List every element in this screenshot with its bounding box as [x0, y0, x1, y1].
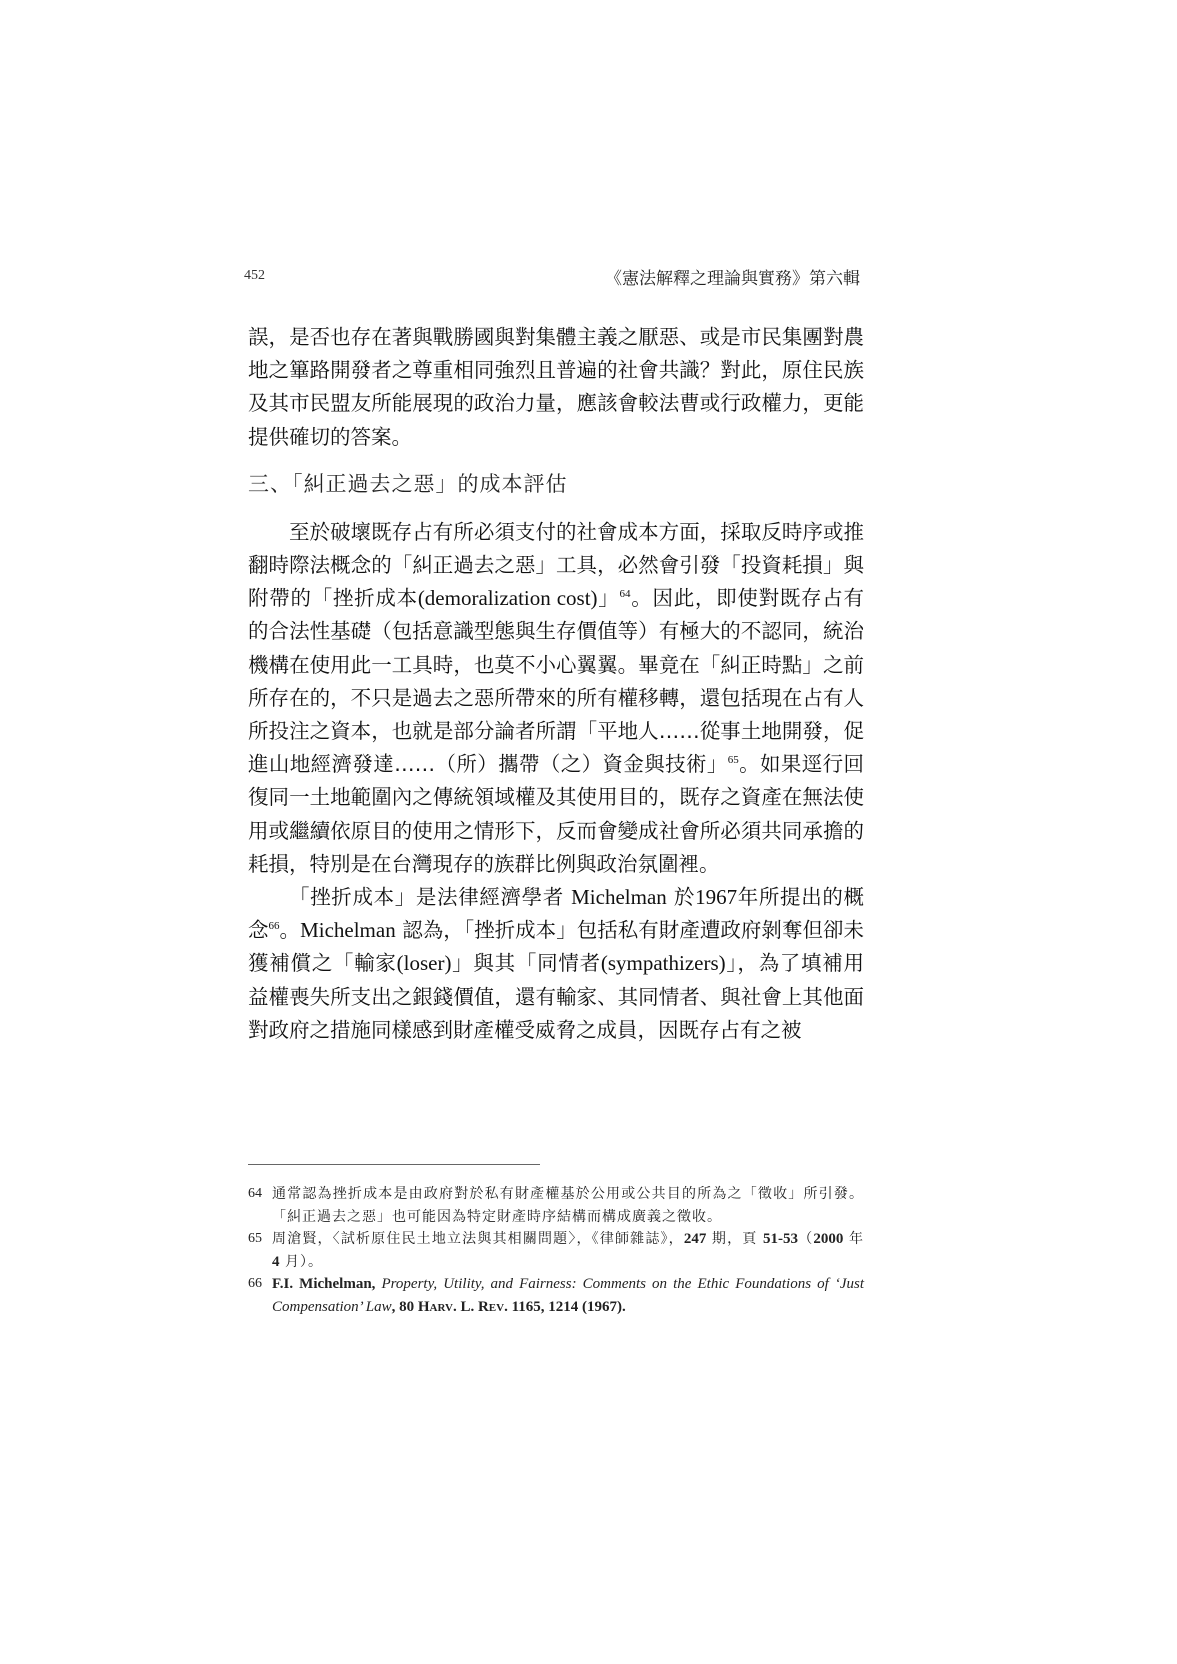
- paragraph-3: 「挫折成本」是法律經濟學者 Michelman 於1967年所提出的概念66。M…: [248, 881, 864, 1047]
- footnote-text: 通常認為挫折成本是由政府對於私有財產權基於公用或公共目的所為之「徵收」所引發。「…: [272, 1186, 864, 1225]
- body-text: 誤，是否也存在著與戰勝國與對集體主義之厭惡、或是市民集團對農地之篳路開發者之尊重…: [248, 321, 864, 1047]
- p2-latin-term: (demoralization cost): [418, 586, 598, 610]
- footnotes: 64 通常認為挫折成本是由政府對於私有財產權基於公用或公共目的所為之「徵收」所引…: [248, 1183, 864, 1318]
- footnote-66: 66 F.I. Michelman, Property, Utility, an…: [248, 1273, 864, 1318]
- p3-text-f: 」與其「同情者: [451, 951, 600, 975]
- footnote-ref-64[interactable]: 64: [620, 588, 631, 600]
- page-range: 51-53: [763, 1231, 798, 1247]
- footnote-ref-66[interactable]: 66: [269, 920, 280, 932]
- p3-text-d: 。: [280, 918, 301, 942]
- footnote-ref-65[interactable]: 65: [728, 754, 739, 766]
- footnote-text-c: （: [798, 1231, 813, 1247]
- p3-latin-year: 1967: [695, 885, 737, 909]
- citation-author: F.I. Michelman,: [272, 1276, 375, 1292]
- document-page: 452 《憲法解釋之理論與實務》第六輯 誤，是否也存在著與戰勝國與對集體主義之厭…: [0, 0, 1177, 1664]
- footnote-number: 65: [248, 1228, 262, 1251]
- paragraph-2: 至於破壞既存占有所必須支付的社會成本方面，採取反時序或推翻時際法概念的「糾正過去…: [248, 516, 864, 881]
- p2-text-b: 」: [598, 586, 620, 610]
- citation-volume: , 80: [392, 1299, 418, 1315]
- footnote-65: 65 周滄賢，〈試析原住民土地立法與其相關問題〉，《律師雜誌》，247 期，頁 …: [248, 1228, 864, 1273]
- year: 2000: [813, 1231, 843, 1247]
- book-title: 《憲法解釋之理論與實務》第六輯: [605, 264, 860, 289]
- footnote-number: 66: [248, 1273, 262, 1296]
- issue-number: 247: [684, 1231, 707, 1247]
- footnote-text-b: 期，頁: [706, 1231, 763, 1247]
- page-number: 452: [244, 268, 265, 284]
- p3-text-a: 「挫折成本」是法律經濟學者: [289, 885, 571, 909]
- p3-latin-loser: (loser): [397, 951, 452, 975]
- footnote-text-a: 周滄賢，〈試析原住民土地立法與其相關問題〉，《律師雜誌》，: [272, 1231, 684, 1247]
- p3-text-b: 於: [667, 885, 695, 909]
- footnote-text-d: 年: [843, 1231, 864, 1247]
- footnote-divider: [248, 1164, 540, 1165]
- section-heading: 三、「糾正過去之惡」的成本評估: [248, 469, 864, 499]
- paragraph-1: 誤，是否也存在著與戰勝國與對集體主義之厭惡、或是市民集團對農地之篳路開發者之尊重…: [248, 321, 864, 454]
- month: 4: [272, 1254, 280, 1270]
- p3-latin-sympathizers: (sympathizers): [601, 951, 726, 975]
- citation-journal: Harv. L. Rev.: [418, 1299, 508, 1315]
- p3-latin-author-2: Michelman: [300, 918, 396, 942]
- footnote-number: 64: [248, 1183, 262, 1206]
- running-header: 452 《憲法解釋之理論與實務》第六輯: [244, 264, 860, 288]
- p3-latin-author: Michelman: [571, 885, 667, 909]
- citation-pages: 1165, 1214 (1967).: [508, 1299, 626, 1315]
- footnote-64: 64 通常認為挫折成本是由政府對於私有財產權基於公用或公共目的所為之「徵收」所引…: [248, 1183, 864, 1228]
- footnote-text-e: 月）。: [280, 1254, 323, 1270]
- p2-text-c: 。因此，即使對既存占有的合法性基礎（包括意識型態與生存價值等）有極大的不認同，統…: [248, 586, 864, 776]
